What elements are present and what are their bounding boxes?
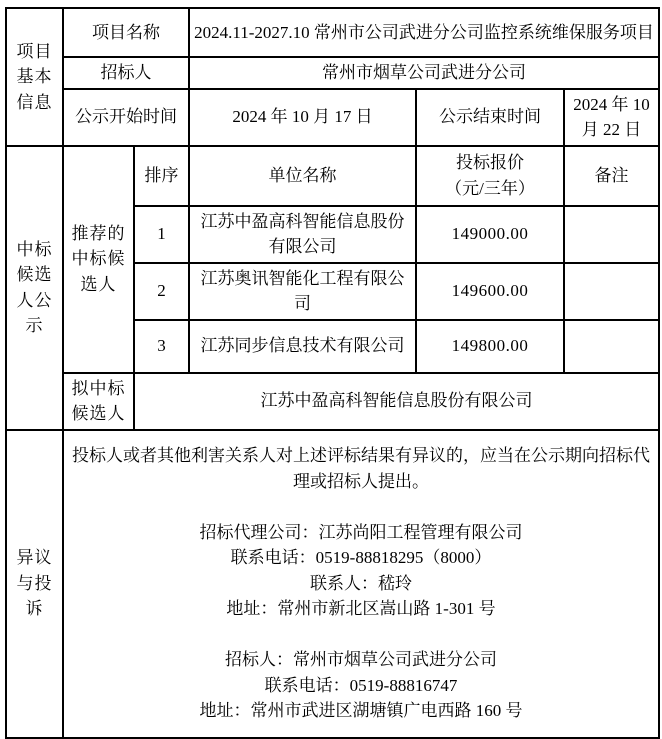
bid-publicity-page: 项目 基本 信息 项目名称 2024.11-2027.10 常州市公司武进分公司… <box>0 7 662 737</box>
proposed-winner-row: 拟中标 候选人 江苏中盈高科智能信息股份有限公司 <box>6 373 659 430</box>
candidate-remark-cell <box>564 320 659 373</box>
recommended-candidates-label-cell: 推荐的 中标候 选人 <box>63 146 134 373</box>
candidate-remark-cell <box>564 206 659 263</box>
bid-publicity-table: 项目 基本 信息 项目名称 2024.11-2027.10 常州市公司武进分公司… <box>5 7 660 739</box>
rank-header-cell: 排序 <box>134 146 189 206</box>
publicity-start-value-cell: 2024 年 10 月 17 日 <box>189 89 416 146</box>
candidate-rank-cell: 2 <box>134 263 189 320</box>
company-header-cell: 单位名称 <box>189 146 416 206</box>
publicity-start-label-cell: 公示开始时间 <box>63 89 189 146</box>
price-header-cell: 投标报价 （元/三年） <box>416 146 564 206</box>
publicity-period-row: 公示开始时间 2024 年 10 月 17 日 公示结束时间 2024 年 10… <box>6 89 659 146</box>
publicity-end-label-cell: 公示结束时间 <box>416 89 564 146</box>
candidate-rank-cell: 3 <box>134 320 189 373</box>
remark-header-cell: 备注 <box>564 146 659 206</box>
candidates-header-row: 中标 候选 人公 示 推荐的 中标候 选人 排序 单位名称 投标报价 （元/三年… <box>6 146 659 206</box>
objection-row: 异议 与投 诉 投标人或者其他利害关系人对上述评标结果有异议的，应当在公示期向招… <box>6 430 659 738</box>
project-name-value-cell: 2024.11-2027.10 常州市公司武进分公司监控系统维保服务项目 <box>189 8 659 57</box>
tenderer-value-cell: 常州市烟草公司武进分公司 <box>189 57 659 89</box>
tenderer-label-cell: 招标人 <box>63 57 189 89</box>
tenderer-row: 招标人 常州市烟草公司武进分公司 <box>6 57 659 89</box>
project-name-label-cell: 项目名称 <box>63 8 189 57</box>
candidate-price-cell: 149600.00 <box>416 263 564 320</box>
candidate-price-cell: 149000.00 <box>416 206 564 263</box>
proposed-winner-label-cell: 拟中标 候选人 <box>63 373 134 430</box>
section-label-project-info: 项目 基本 信息 <box>6 8 63 146</box>
candidate-company-cell: 江苏奥讯智能化工程有限公司 <box>189 263 416 320</box>
candidate-remark-cell <box>564 263 659 320</box>
objection-content-cell: 投标人或者其他利害关系人对上述评标结果有异议的，应当在公示期向招标代理或招标人提… <box>63 430 659 738</box>
candidate-company-cell: 江苏中盈高科智能信息股份有限公司 <box>189 206 416 263</box>
project-name-row: 项目 基本 信息 项目名称 2024.11-2027.10 常州市公司武进分公司… <box>6 8 659 57</box>
candidate-price-cell: 149800.00 <box>416 320 564 373</box>
candidate-rank-cell: 1 <box>134 206 189 263</box>
candidate-company-cell: 江苏同步信息技术有限公司 <box>189 320 416 373</box>
section-label-candidates: 中标 候选 人公 示 <box>6 146 63 430</box>
section-label-objection: 异议 与投 诉 <box>6 430 63 738</box>
proposed-winner-value-cell: 江苏中盈高科智能信息股份有限公司 <box>134 373 659 430</box>
publicity-end-value-cell: 2024 年 10 月 22 日 <box>564 89 659 146</box>
